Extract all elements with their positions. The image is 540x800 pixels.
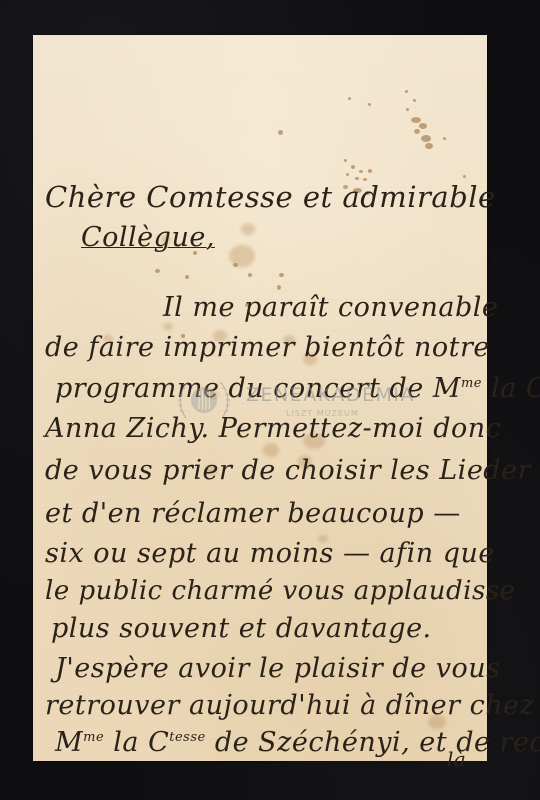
letter-line: plus souvent et davantage. <box>51 613 432 644</box>
superscript: me <box>461 376 482 391</box>
letter-line: six ou sept au moins — afin que <box>45 538 495 569</box>
line-text: la C <box>104 727 169 758</box>
superscript: me <box>83 730 104 745</box>
letter-line: le public charmé vous applaudisse <box>45 576 516 606</box>
letter-line: là <box>447 747 466 771</box>
watermark-title: ZENEAKADÉMIA <box>246 384 415 406</box>
watermark: ZENEAKADÉMIA LISZT MÚZEUM <box>176 374 386 426</box>
line-text: M <box>55 727 83 758</box>
line-text: la C <box>482 373 540 404</box>
letter-line: Il me paraît convenable <box>163 292 498 323</box>
letter-line: de vous prier de choisir les Lieder <box>45 455 531 486</box>
letter-line: Chère Comtesse et admirable <box>45 180 496 214</box>
lyre-wreath-icon <box>176 374 232 430</box>
superscript: tesse <box>169 730 205 745</box>
watermark-subtitle: LISZT MÚZEUM <box>286 409 359 418</box>
letter-line: et d'en réclamer beaucoup — <box>45 498 461 529</box>
line-text: de Széchényi, et de recevoir <box>215 727 540 758</box>
letter-line: J'espère avoir le plaisir de vous <box>55 653 500 684</box>
line-text: M <box>433 373 461 404</box>
letter-line: de faire imprimer bientôt notre <box>45 332 490 363</box>
letter-line: Mme la Ctesse de Széchényi, et de recevo… <box>55 727 540 758</box>
letter-line: Collègue, <box>81 222 215 253</box>
letter-line: retrouver aujourd'hui à dîner chez <box>45 690 534 721</box>
